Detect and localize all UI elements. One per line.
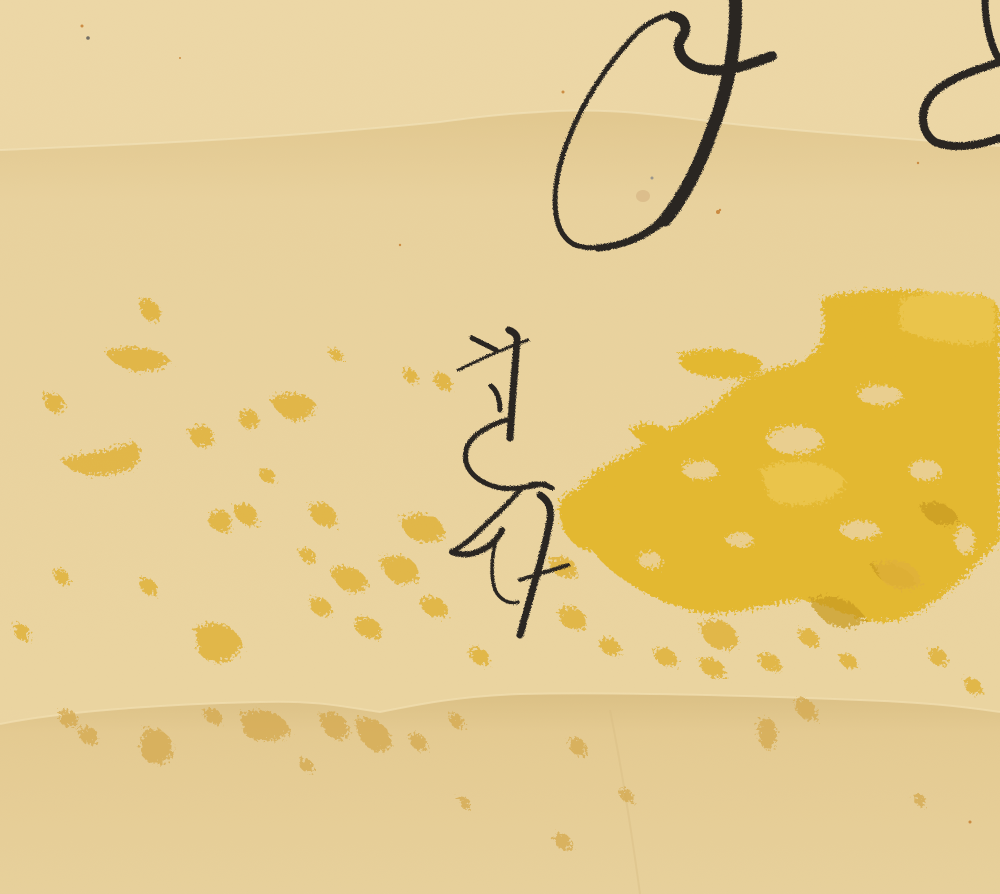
scroll-artwork [0,0,1000,894]
paper-stain [636,190,650,202]
calligraphy-scroll-photo: Aged cream washi paper with scattered go… [0,0,1000,894]
